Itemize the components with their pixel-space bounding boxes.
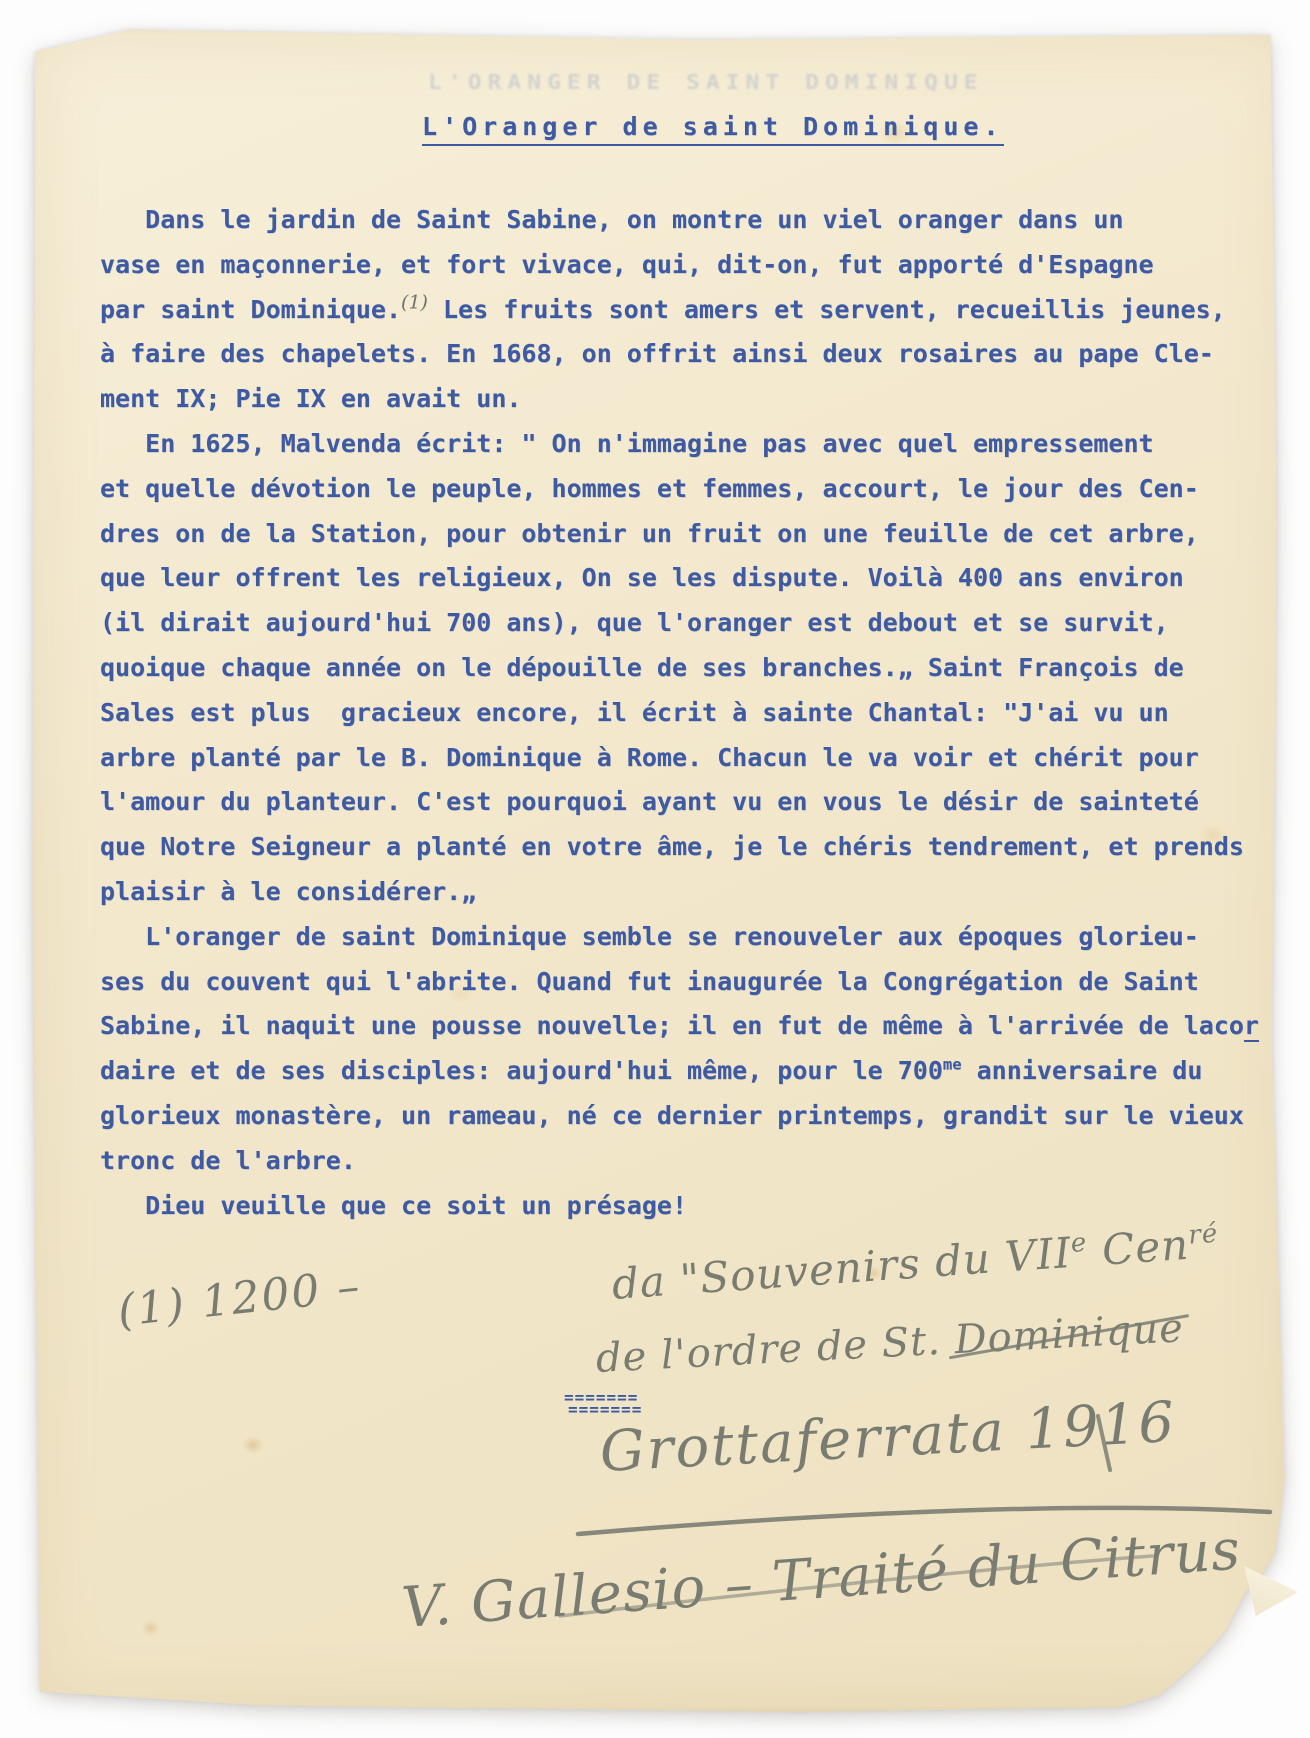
pencil-source-line-1: da "Souvenirs du VIIe Cenré: [610, 1218, 1220, 1309]
typed-line: En 1625, Malvenda écrit: " On n'immagine…: [100, 422, 1275, 467]
typed-line: arbre planté par le B. Dominique à Rome.…: [100, 736, 1275, 781]
typed-line: l'amour du planteur. C'est pourquoi ayan…: [100, 780, 1275, 825]
typed-line: ment IX; Pie IX en avait un.: [100, 377, 1275, 422]
pencil-reference-signature: V. Gallesio – Traité du Citrus: [400, 1517, 1243, 1640]
pencil-source-line-2: de l'ordre de St. Dominique: [595, 1305, 1185, 1382]
typed-line: Dieu veuille que ce soit un présage!: [100, 1184, 1275, 1229]
typed-body: Dans le jardin de Saint Sabine, on montr…: [100, 198, 1275, 1228]
typed-line: vase en maçonnerie, et fort vivace, qui,…: [100, 243, 1275, 288]
paper-shadow-wrap: L'ORANGER DE SAINT DOMINIQUE L'Oranger d…: [30, 28, 1292, 1712]
paper-sheet: L'ORANGER DE SAINT DOMINIQUE L'Oranger d…: [30, 28, 1292, 1712]
pencil-footnote-note: (1) 1200 –: [115, 1261, 363, 1337]
typed-line: à faire des chapelets. En 1668, on offri…: [100, 332, 1275, 377]
typed-line: quoique chaque année on le dépouille de …: [100, 646, 1275, 691]
typed-line: plaisir à le considérer.„: [100, 870, 1275, 915]
ghost-title-impression: L'ORANGER DE SAINT DOMINIQUE: [428, 72, 984, 95]
typed-line: que Notre Seigneur a planté en votre âme…: [100, 825, 1275, 870]
typed-line: Sabine, il naquit une pousse nouvelle; i…: [100, 1004, 1275, 1049]
typed-line: ses du couvent qui l'abrite. Quand fut i…: [100, 960, 1275, 1005]
pencil-place-date: Grottaferrata 1916: [598, 1390, 1177, 1485]
typed-equals-mark: ======= =======: [564, 1392, 642, 1416]
typed-line: Dans le jardin de Saint Sabine, on montr…: [100, 198, 1275, 243]
typed-line: (il dirait aujourd'hui 700 ans), que l'o…: [100, 601, 1275, 646]
page-title: L'Oranger de saint Dominique.: [422, 112, 1004, 141]
typed-line: daire et de ses disciples: aujourd'hui m…: [100, 1049, 1275, 1094]
typed-line: glorieux monastère, un rameau, né ce der…: [100, 1094, 1275, 1139]
typed-line: tronc de l'arbre.: [100, 1139, 1275, 1184]
typed-line: que leur offrent les religieux, On se le…: [100, 556, 1275, 601]
foxing-spot: [142, 1620, 160, 1636]
typed-equals-row: =======: [568, 1404, 642, 1416]
typed-line: dres on de la Station, pour obtenir un f…: [100, 512, 1275, 557]
typed-line: Sales est plus gracieux encore, il écrit…: [100, 691, 1275, 736]
foxing-spot: [242, 1436, 264, 1454]
typed-line: L'oranger de saint Dominique semble se r…: [100, 915, 1275, 960]
typed-line: et quelle dévotion le peuple, hommes et …: [100, 467, 1275, 512]
page-title-text: L'Oranger de saint Dominique.: [422, 112, 1004, 146]
scanned-document-page: L'ORANGER DE SAINT DOMINIQUE L'Oranger d…: [0, 0, 1310, 1738]
typed-line: par saint Dominique.(1) Les fruits sont …: [100, 288, 1275, 333]
